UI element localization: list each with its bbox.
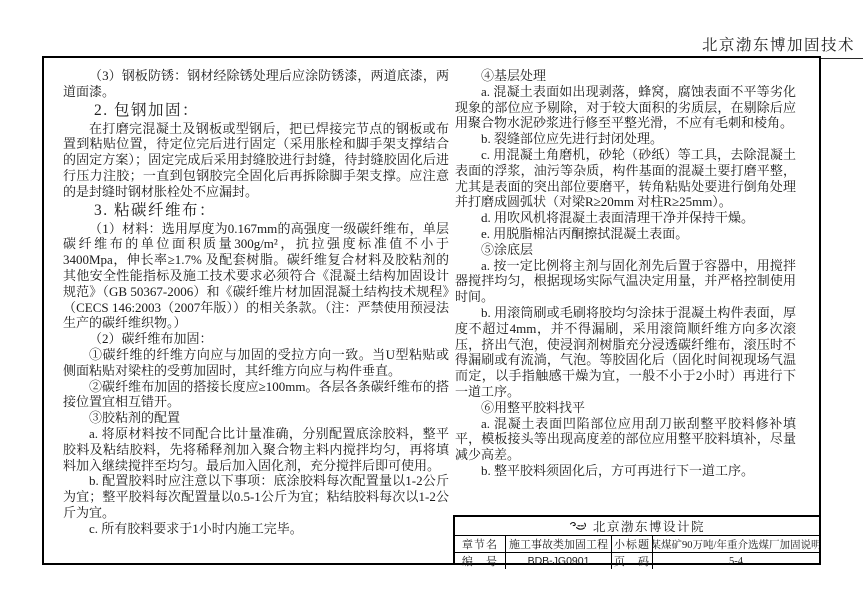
paragraph: a. 将原材料按不同配合比计量准确，分别配置底涂胶料，整平胶料及粘结胶料，先将稀…	[63, 426, 449, 473]
paragraph: c. 所有胶料要求于1小时内施工完毕。	[63, 521, 449, 537]
paragraph: ①碳纤维的纤维方向应与加固的受拉方向一致。当U型粘贴或侧面粘贴对梁柱的受剪加固时…	[63, 347, 449, 379]
paragraph: c. 用混凝土角磨机，砂轮（砂纸）等工具，去除混凝土表面的浮浆，油污等杂质，构件…	[455, 147, 796, 210]
left-text-column: （3）钢板防锈：钢材经除锈处理后应涂防锈漆，两道底漆，两道面漆。 2. 包钢加固…	[63, 68, 449, 537]
institute-name: 北京渤东博设计院	[593, 517, 705, 535]
chapter-label: 章节名	[455, 536, 506, 552]
paragraph: a. 混凝土表面凹陷部位应用刮刀嵌刮整平胶料修补填平，模板接头等出现高度差的部位…	[455, 416, 796, 463]
section-heading: 2. 包钢加固：	[63, 100, 449, 121]
calligraphy-logo-icon	[569, 521, 587, 532]
paragraph: e. 用脱脂棉沾丙酮擦拭混凝土表面。	[455, 226, 796, 242]
title-block: 北京渤东博设计院 章节名 施工事故类加固工程 小标题 某煤矿90万吨/年重介选煤…	[453, 515, 821, 565]
section-heading: 3. 粘碳纤维布：	[63, 200, 449, 221]
paragraph: ④基层处理	[455, 68, 796, 84]
title-block-row: 章节名 施工事故类加固工程 小标题 某煤矿90万吨/年重介选煤厂加固说明	[455, 536, 819, 553]
paragraph: a. 按一定比例将主剂与固化剂先后置于容器中，用搅拌器搅拌均匀，根据现场实际气温…	[455, 258, 796, 305]
subtitle-label: 小标题	[612, 536, 653, 552]
number-value: BDB-JG0901	[506, 553, 612, 569]
subtitle-value: 某煤矿90万吨/年重介选煤厂加固说明	[653, 536, 819, 552]
paragraph: ⑥用整平胶料找平	[455, 400, 796, 416]
right-text-column: ④基层处理 a. 混凝土表面如出现剥落，蜂窝，腐蚀表面不平等劣化现象的部位应予剔…	[455, 68, 796, 479]
paragraph: ⑤涂底层	[455, 242, 796, 258]
paragraph: a. 混凝土表面如出现剥落，蜂窝，腐蚀表面不平等劣化现象的部位应予剔除，对于较大…	[455, 84, 796, 131]
paragraph: b. 用滚筒刷或毛刷将胶均匀涂抹于混凝土构件表面，厚度不超过4mm，并不得漏刷，…	[455, 305, 796, 400]
paragraph: （3）钢板防锈：钢材经除锈处理后应涂防锈漆，两道底漆，两道面漆。	[63, 68, 449, 100]
paragraph: ②碳纤维布加固的搭接长度应≥100mm。各层各条碳纤维布的搭接位置宜相互错开。	[63, 379, 449, 411]
paragraph: b. 配置胶料时应注意以下事项：底涂胶料每次配置量以1-2公斤为宜；整平胶料每次…	[63, 473, 449, 520]
document-page: 北京渤东博加固技术 （3）钢板防锈：钢材经除锈处理后应涂防锈漆，两道底漆，两道面…	[0, 0, 863, 609]
paragraph: 在打磨完混凝土及钢板或型钢后，把已焊接完节点的钢板或布置到粘贴位置，待定位完后进…	[63, 121, 449, 200]
paragraph: （2）碳纤维布加固：	[63, 331, 449, 347]
page-value: 5-4	[653, 553, 819, 569]
title-block-row: 编 号 BDB-JG0901 页 码 5-4	[455, 553, 819, 569]
chapter-value: 施工事故类加固工程	[506, 536, 612, 552]
paragraph: b. 整平胶料须固化后，方可再进行下一道工序。	[455, 463, 796, 479]
number-label: 编 号	[455, 553, 506, 569]
paragraph: （1）材料：选用厚度为0.167mm的高强度一级碳纤维布，单层碳纤维布的单位面积…	[63, 221, 449, 332]
paragraph: ③胶粘剂的配置	[63, 410, 449, 426]
paragraph: b. 裂缝部位应先进行封闭处理。	[455, 131, 796, 147]
page-label: 页 码	[612, 553, 653, 569]
paragraph: d. 用吹风机将混凝土表面清理干净并保持干燥。	[455, 210, 796, 226]
title-block-header: 北京渤东博设计院	[455, 517, 819, 536]
